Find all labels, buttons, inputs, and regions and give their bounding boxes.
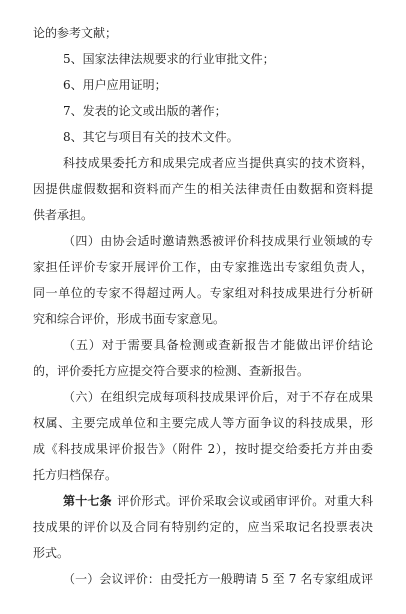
item-4-line-1: （四）由协会适时邀请熟悉被评价科技成果行业领域的专 [33, 228, 373, 254]
item-6-line-3: 成《科技成果评价报告》（附件 2），按时提交给委托方并由委 [33, 436, 373, 462]
item-6-line-1: （六）在组织完成每项科技成果评价后，对于不存在成果 [33, 384, 373, 410]
list-item-5: 5、国家法律法规要求的行业审批文件； [33, 46, 373, 72]
item-1-meeting-line: （一）会议评价：由受托方一般聘请 5 至 7 名专家组成评 [33, 566, 373, 592]
clause-17-line-2: 技成果的评价以及合同有特别约定的，应当采取记名投票表决 [33, 514, 373, 540]
clause-17-line-1: 第十七条评价形式。评价采取会议或函审评价。对重大科 [33, 488, 373, 514]
clause-17-text: 评价形式。评价采取会议或函审评价。对重大科 [117, 494, 373, 508]
clause-17-number: 第十七条 [63, 494, 112, 508]
text-line-continuation: 论的参考文献； [33, 20, 373, 46]
item-4-line-4: 究和综合评价，形成书面专家意见。 [33, 306, 373, 332]
paragraph-materials-line-3: 供者承担。 [33, 202, 373, 228]
paragraph-materials-line-2: 因提供虚假数据和资料而产生的相关法律责任由数据和资料提 [33, 176, 373, 202]
item-6-line-2: 权属、主要完成单位和主要完成人等方面争议的科技成果，形 [33, 410, 373, 436]
item-4-line-2: 家担任评价专家开展评价工作，由专家推选出专家组负责人， [33, 254, 373, 280]
clause-17-line-3: 形式。 [33, 540, 373, 566]
item-5-line-1: （五）对于需要具备检测或查新报告才能做出评价结论 [33, 332, 373, 358]
paragraph-materials-line-1: 科技成果委托方和成果完成者应当提供真实的技术资料， [33, 150, 373, 176]
list-item-6: 6、用户应用证明； [33, 72, 373, 98]
item-4-line-3: 同一单位的专家不得超过两人。专家组对科技成果进行分析研 [33, 280, 373, 306]
document-page: 论的参考文献； 5、国家法律法规要求的行业审批文件； 6、用户应用证明； 7、发… [0, 0, 406, 614]
item-5-line-2: 的，评价委托方应提交符合要求的检测、查新报告。 [33, 358, 373, 384]
list-item-8: 8、其它与项目有关的技术文件。 [33, 124, 373, 150]
list-item-7: 7、发表的论文或出版的著作； [33, 98, 373, 124]
item-6-line-4: 托方归档保存。 [33, 462, 373, 488]
